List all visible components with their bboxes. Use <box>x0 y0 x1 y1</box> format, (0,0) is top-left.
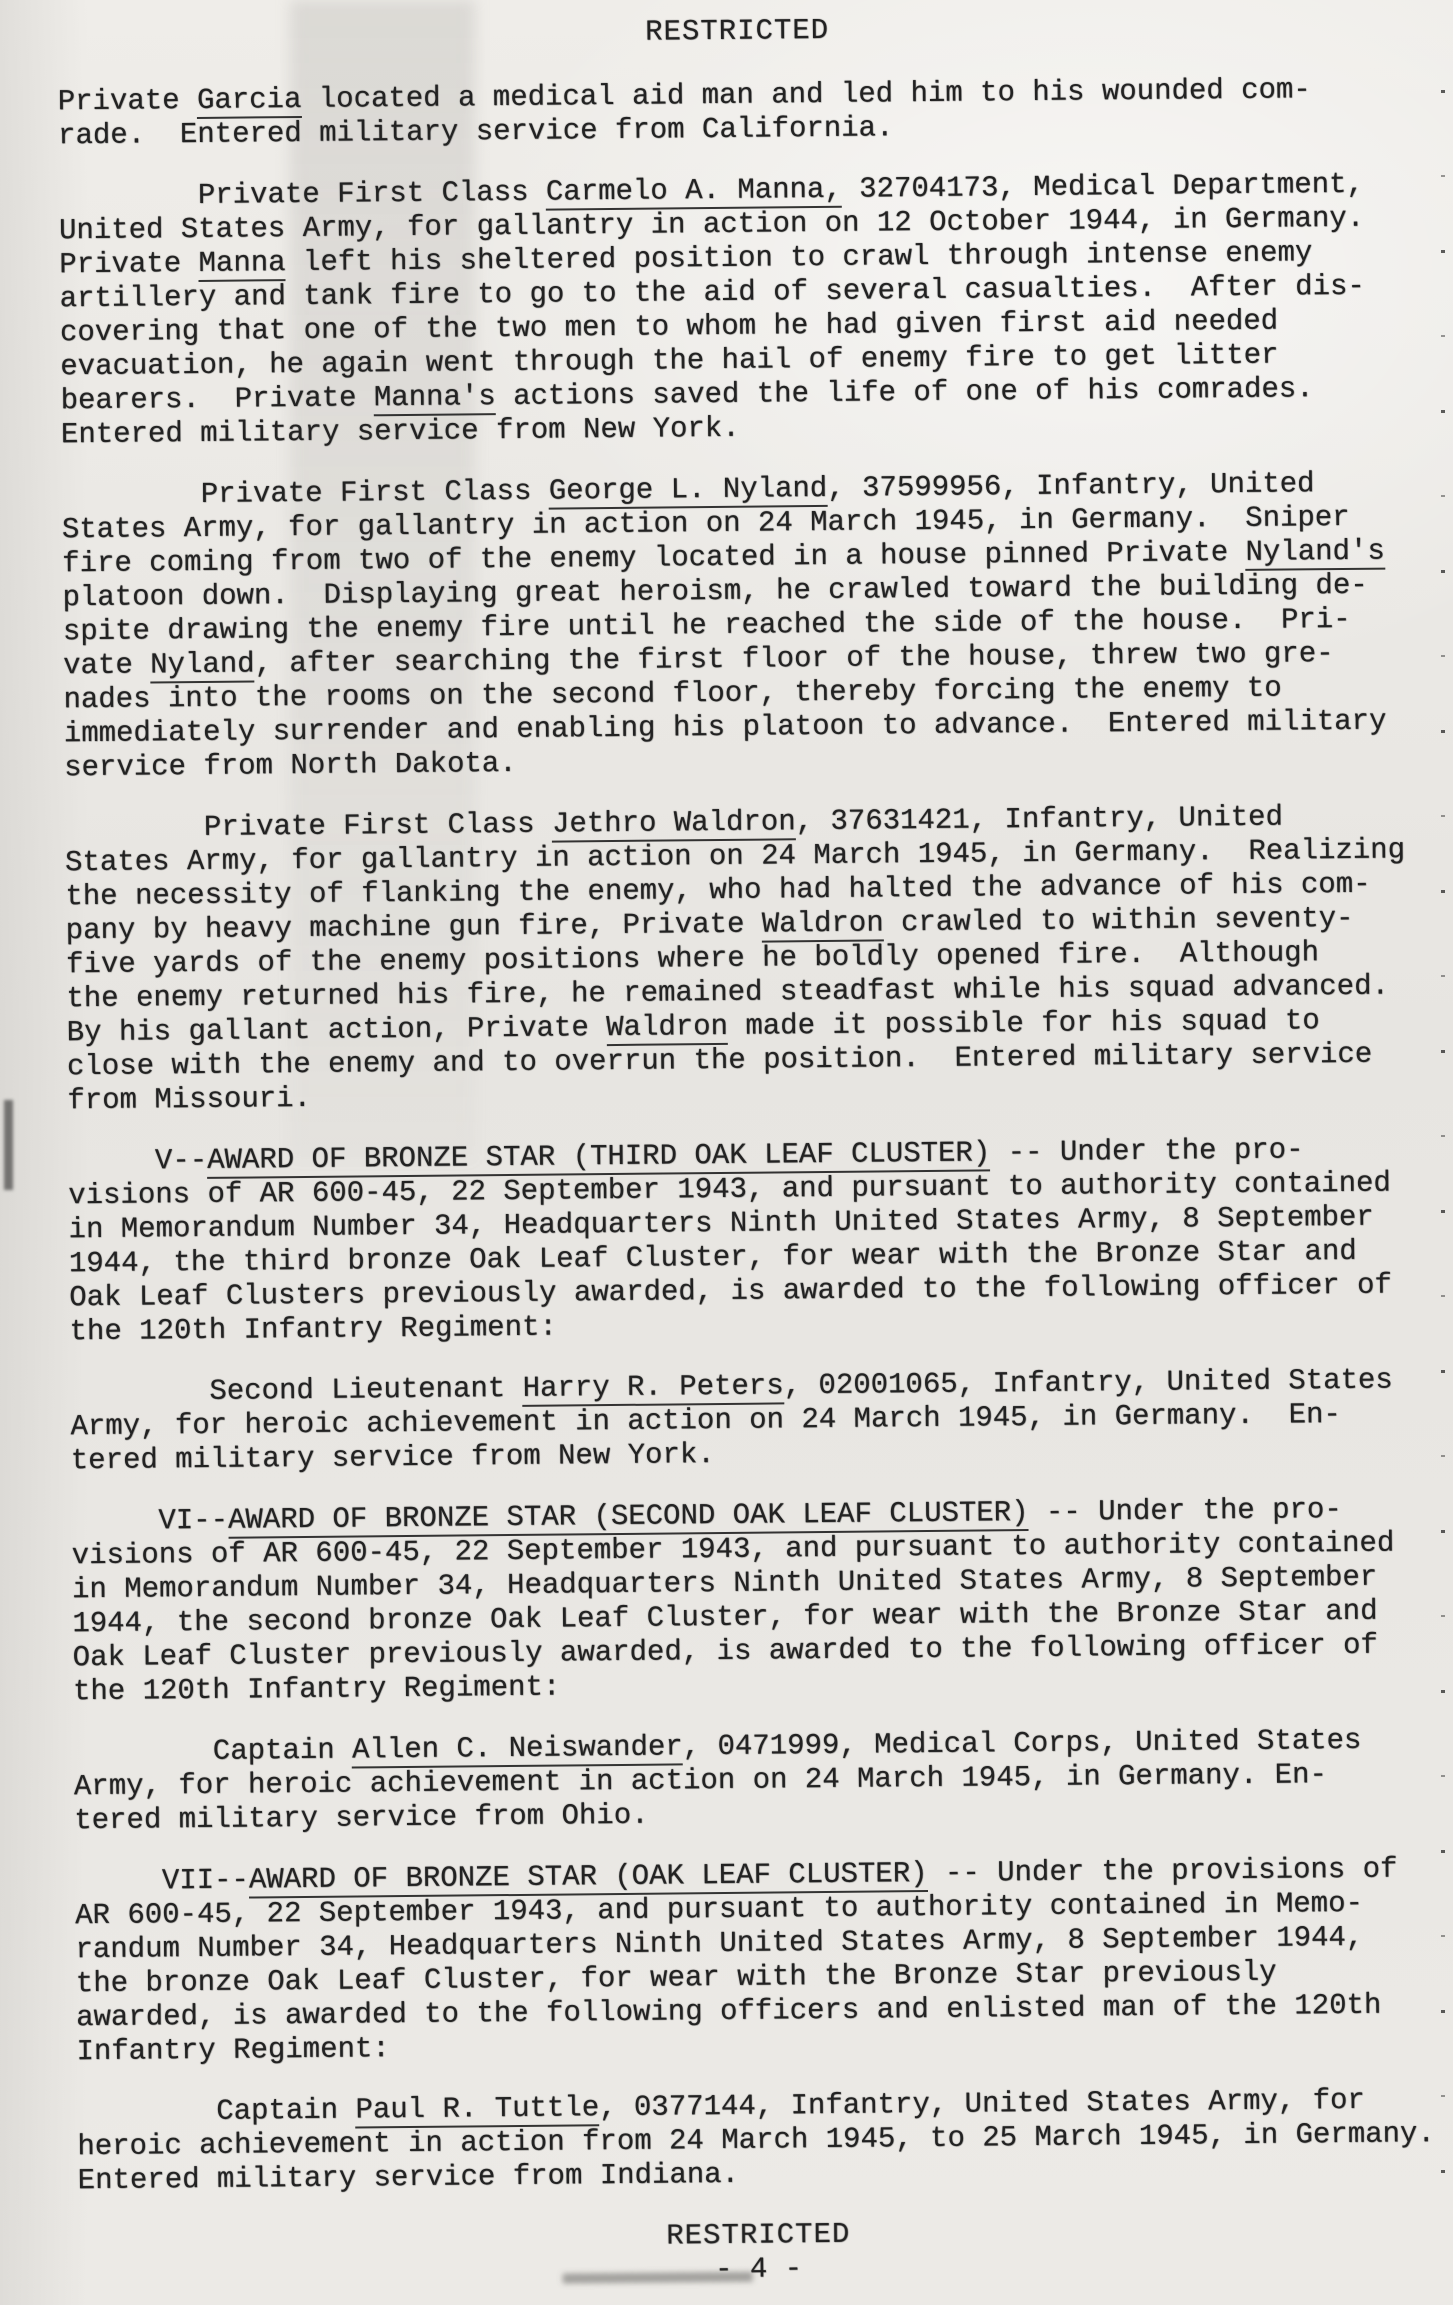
paragraph: Private First Class George L. Nyland, 37… <box>61 466 1424 785</box>
text-run: -- Under the provisions of <box>927 1853 1397 1891</box>
text-run: pany by heavy machine gun fire, Private <box>66 908 762 948</box>
underlined-text: Manna <box>198 246 285 282</box>
underlined-text: Waldron <box>762 906 884 942</box>
text-run: Private First Class <box>65 808 553 846</box>
text-run: V-- <box>68 1144 208 1178</box>
text-run: -- Under the pro- <box>990 1133 1304 1169</box>
underlined-text: Waldron <box>606 1010 728 1046</box>
paragraph: Private First Class Carmelo A. Manna, 32… <box>59 167 1422 452</box>
underlined-text: Carmelo A. Manna, <box>546 173 842 211</box>
text-run: tered military service from Ohio. <box>74 1799 649 1838</box>
text-run: Infantry Regiment: <box>76 2032 390 2068</box>
text-run: Captain <box>73 1734 352 1770</box>
paragraph: Second Lieutenant Harry R. Peters, 02001… <box>70 1363 1431 1478</box>
text-run: -- Under the pro- <box>1028 1493 1342 1529</box>
text-run: Captain <box>77 2094 356 2130</box>
text-run: service from North Dakota. <box>64 747 517 784</box>
text-run: crawled to within seventy- <box>883 902 1353 940</box>
text-run: tered military service from New York. <box>71 1438 715 1477</box>
text-run: 32704173, Medical Department, <box>842 168 1364 206</box>
text-run: Private <box>58 84 198 118</box>
text-run: the 120th Infantry Regiment: <box>73 1671 561 1709</box>
underlined-text: Paul R. Tuttle <box>355 2091 599 2128</box>
text-run: VI-- <box>71 1504 228 1539</box>
underlined-text: Allen C. Neiswander <box>352 1730 683 1768</box>
paragraph: V--AWARD OF BRONZE STAR (THIRD OAK LEAF … <box>68 1132 1430 1349</box>
text-run: from Missouri. <box>67 1082 311 1117</box>
text-run: VII-- <box>75 1864 249 1899</box>
text-run: actions saved the life of one of his com… <box>496 372 1314 413</box>
text-run: Private <box>59 247 199 281</box>
text-run: , 37599956, Infantry, United <box>827 467 1315 505</box>
paragraph: Private First Class Jethro Waldron, 3763… <box>65 799 1428 1118</box>
page-number-wrap: - 4 - <box>705 2252 812 2287</box>
underlined-text: Nyland <box>150 647 255 683</box>
document-body: Private Garcia located a medical aid man… <box>58 72 1438 2198</box>
underlined-text: Harry R. Peters <box>522 1369 783 1407</box>
text-run: Entered military service from Indiana. <box>78 2158 740 2197</box>
text-run: , 02001065, Infantry, United States <box>784 1364 1393 1403</box>
paragraph: Captain Paul R. Tuttle, 0377144, Infantr… <box>77 2083 1438 2198</box>
page-number: - 4 - <box>715 2252 802 2286</box>
underlined-text: Manna's <box>374 380 496 416</box>
text-run: , 0471999, Medical Corps, United States <box>683 1724 1362 1764</box>
page-footer: RESTRICTED - 4 - <box>78 2212 1439 2293</box>
underlined-text: George L. Nyland <box>549 472 828 510</box>
text-run: Private First Class <box>59 176 547 214</box>
text-run: made it possible for his squad to <box>728 1004 1320 1043</box>
paragraph: Captain Allen C. Neiswander, 0471999, Me… <box>73 1723 1434 1838</box>
text-run: Entered military service from New York. <box>61 412 740 452</box>
underlined-text: Nyland's <box>1245 535 1385 571</box>
text-run: bearers. Private <box>60 381 374 417</box>
underlined-text: Jethro Waldron <box>552 805 796 842</box>
paragraph: VI--AWARD OF BRONZE STAR (SECOND OAK LEA… <box>71 1492 1433 1709</box>
paragraph: Private Garcia located a medical aid man… <box>58 72 1419 153</box>
document-content: RESTRICTED Private Garcia located a medi… <box>57 8 1439 2293</box>
text-run: rade. Entered military service from Cali… <box>58 111 894 152</box>
text-run: Private First Class <box>61 475 549 513</box>
text-run: the 120th Infantry Regiment: <box>69 1311 557 1349</box>
text-run: vate <box>63 648 150 682</box>
paragraph: VII--AWARD OF BRONZE STAR (OAK LEAF CLUS… <box>75 1852 1437 2069</box>
text-run: , 37631421, Infantry, United <box>795 801 1283 839</box>
underlined-text: Garcia <box>197 83 302 119</box>
text-run: By his gallant action, Private <box>67 1011 607 1049</box>
text-run: Second Lieutenant <box>70 1372 523 1409</box>
